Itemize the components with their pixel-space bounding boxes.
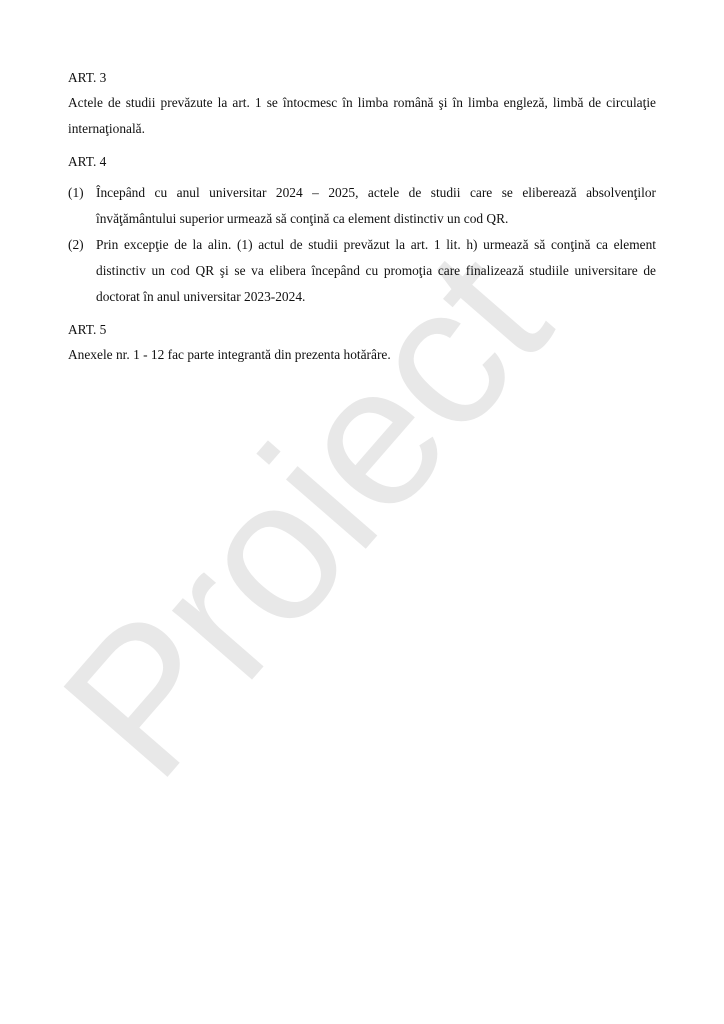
document-page: Proiect ART. 3 Actele de studii prevăzut… <box>0 0 724 1024</box>
article-text: Anexele nr. 1 - 12 fac parte integrantă … <box>68 342 656 368</box>
paragraph-1: (1) Începând cu anul universitar 2024 – … <box>68 180 656 232</box>
document-body: ART. 3 Actele de studii prevăzute la art… <box>68 66 656 368</box>
article-3: ART. 3 Actele de studii prevăzute la art… <box>68 66 656 142</box>
article-heading: ART. 3 <box>68 66 656 90</box>
paragraph-text: Prin excepţie de la alin. (1) actul de s… <box>96 232 656 310</box>
paragraph-text: Începând cu anul universitar 2024 – 2025… <box>96 180 656 232</box>
article-4: ART. 4 (1) Începând cu anul universitar … <box>68 150 656 310</box>
article-heading: ART. 4 <box>68 150 656 174</box>
paragraph-number: (1) <box>68 180 96 232</box>
paragraph-2: (2) Prin excepţie de la alin. (1) actul … <box>68 232 656 310</box>
article-text: Actele de studii prevăzute la art. 1 se … <box>68 90 656 142</box>
article-heading: ART. 5 <box>68 318 656 342</box>
article-5: ART. 5 Anexele nr. 1 - 12 fac parte inte… <box>68 318 656 368</box>
paragraph-number: (2) <box>68 232 96 310</box>
